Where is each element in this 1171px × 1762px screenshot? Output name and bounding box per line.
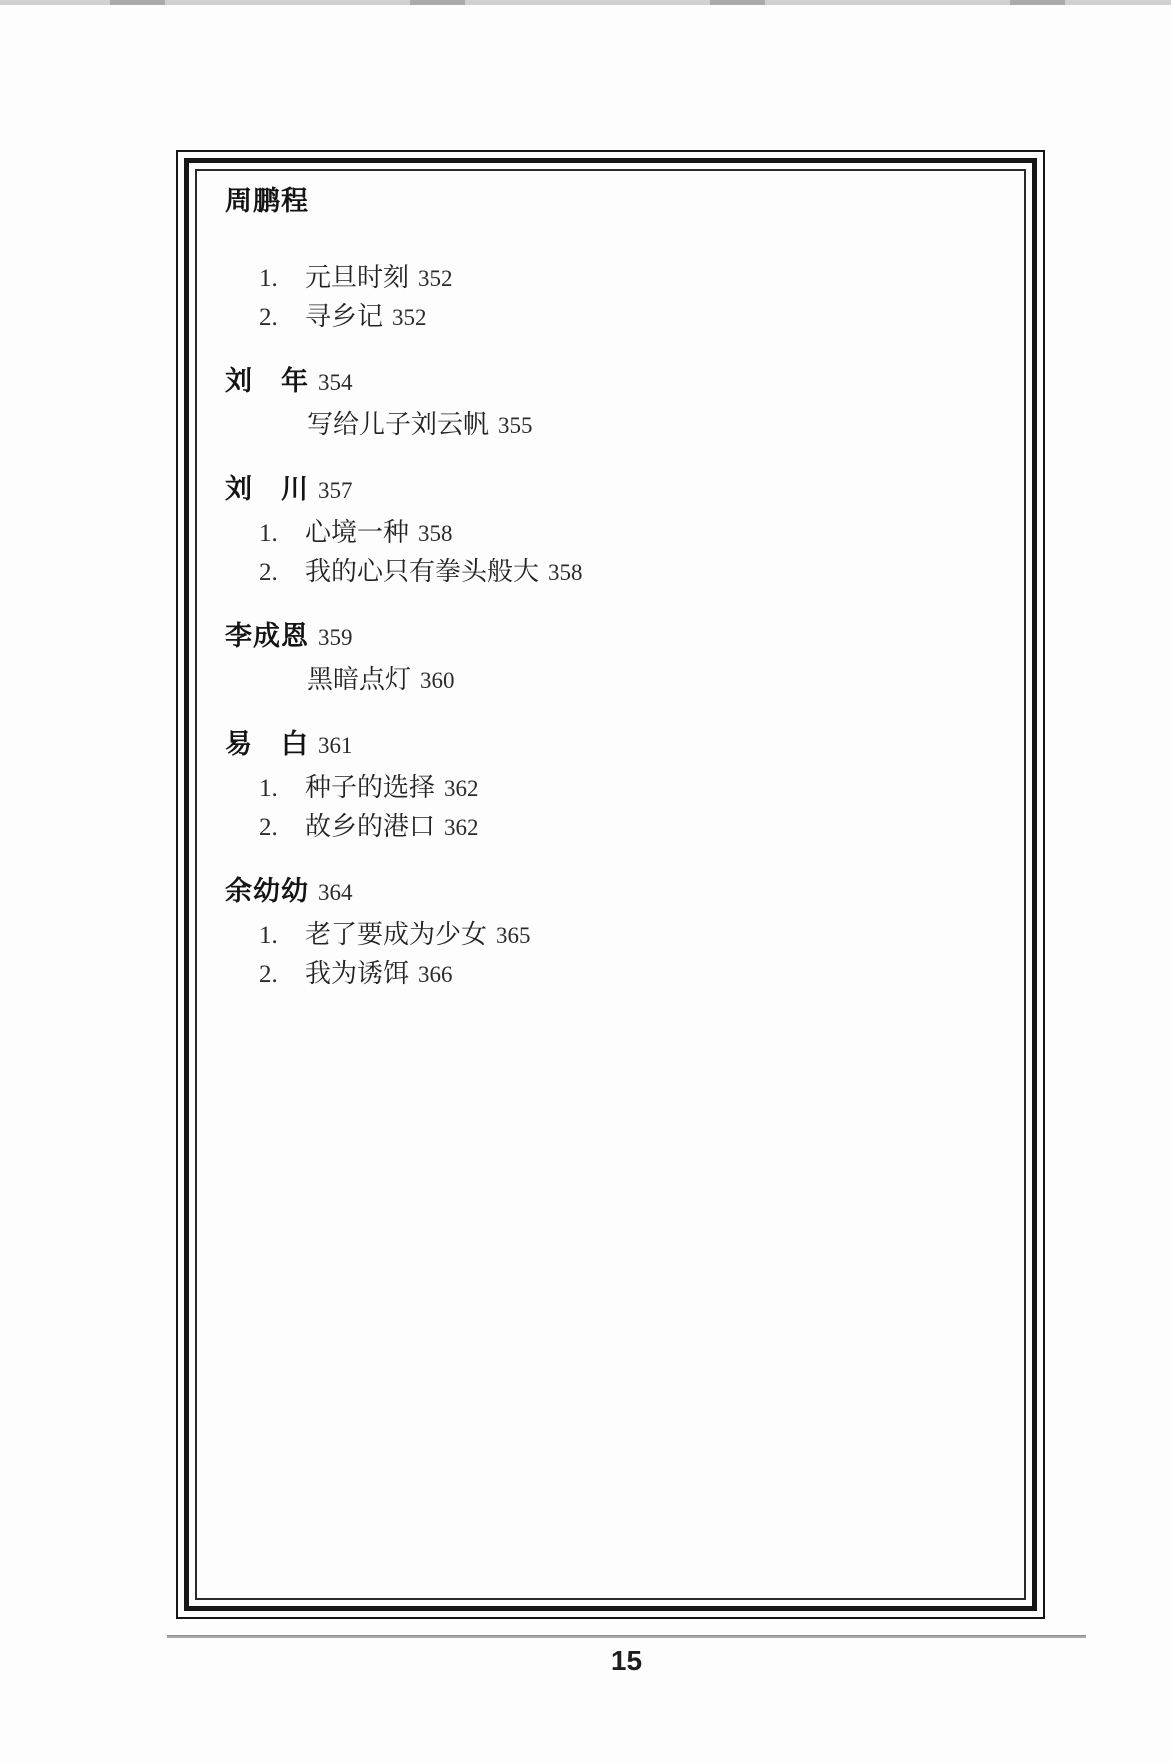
toc-entry: 1.心境一种358 bbox=[225, 514, 1000, 553]
toc-entry: 写给儿子刘云帆355 bbox=[225, 406, 1000, 445]
toc-entry-page-number: 352 bbox=[418, 266, 453, 291]
toc-author-page-number: 357 bbox=[318, 478, 353, 503]
toc-author-page-number: 359 bbox=[318, 625, 353, 650]
toc-author-line: 余幼幼364 bbox=[225, 871, 1000, 916]
toc-author-name: 刘 年 bbox=[225, 366, 309, 396]
toc-group: 余幼幼3641.老了要成为少女3652.我为诱饵366 bbox=[225, 871, 1000, 994]
toc-entry-number: 1. bbox=[259, 770, 305, 808]
toc-group: 李成恩359黑暗点灯360 bbox=[225, 616, 1000, 700]
toc-entry-number: 1. bbox=[259, 260, 305, 298]
toc-entry-title: 心境一种 bbox=[305, 518, 409, 547]
toc-entry-title: 写给儿子刘云帆 bbox=[307, 410, 489, 439]
toc-entry-page-number: 362 bbox=[444, 776, 479, 801]
toc-author-name: 李成恩 bbox=[225, 621, 309, 651]
toc-entry-title: 元旦时刻 bbox=[305, 263, 409, 292]
toc-entry: 2.我的心只有拳头般大358 bbox=[225, 553, 1000, 592]
toc-group: 刘 川3571.心境一种3582.我的心只有拳头般大358 bbox=[225, 469, 1000, 592]
toc-author-name: 刘 川 bbox=[225, 474, 309, 504]
toc-group: 刘 年354写给儿子刘云帆355 bbox=[225, 361, 1000, 445]
toc-entry-page-number: 358 bbox=[548, 560, 583, 585]
toc-entry-page-number: 366 bbox=[418, 962, 453, 987]
toc-author-line: 周鹏程 bbox=[225, 181, 1000, 226]
toc-author-line: 易 白361 bbox=[225, 724, 1000, 769]
toc-group: 易 白3611.种子的选择3622.故乡的港口362 bbox=[225, 724, 1000, 847]
toc-entry-title: 故乡的港口 bbox=[305, 812, 435, 841]
scan-edge-artifact bbox=[0, 0, 1171, 5]
toc-entry: 黑暗点灯360 bbox=[225, 661, 1000, 700]
toc-entry-number: 1. bbox=[259, 515, 305, 553]
toc-entry: 1.种子的选择362 bbox=[225, 769, 1000, 808]
toc-entry: 1.老了要成为少女365 bbox=[225, 916, 1000, 955]
toc-entry-number: 2. bbox=[259, 809, 305, 847]
toc-author-name: 周鹏程 bbox=[225, 186, 309, 216]
toc-author-line: 李成恩359 bbox=[225, 616, 1000, 661]
page-frame-outer: 周鹏程1.元旦时刻3522.寻乡记352刘 年354写给儿子刘云帆355刘 川3… bbox=[176, 150, 1045, 1619]
toc-author-line: 刘 川357 bbox=[225, 469, 1000, 514]
toc-entry-title: 我的心只有拳头般大 bbox=[305, 557, 539, 586]
toc-entry: 2.故乡的港口362 bbox=[225, 808, 1000, 847]
toc-entry-page-number: 358 bbox=[418, 521, 453, 546]
toc-entry-title: 寻乡记 bbox=[305, 302, 383, 331]
toc-group: 周鹏程1.元旦时刻3522.寻乡记352 bbox=[225, 181, 1000, 337]
toc-author-name: 易 白 bbox=[225, 729, 309, 759]
toc-entry-page-number: 360 bbox=[420, 668, 455, 693]
toc-author-page-number: 361 bbox=[318, 733, 353, 758]
toc-entry-page-number: 352 bbox=[392, 305, 427, 330]
toc-author-page-number: 364 bbox=[318, 880, 353, 905]
toc-entry-number: 1. bbox=[259, 917, 305, 955]
toc-entry-page-number: 362 bbox=[444, 815, 479, 840]
page-frame-inner: 周鹏程1.元旦时刻3522.寻乡记352刘 年354写给儿子刘云帆355刘 川3… bbox=[195, 169, 1026, 1600]
toc-entry: 2.寻乡记352 bbox=[225, 298, 1000, 337]
footer-page-number: 15 bbox=[167, 1645, 1086, 1677]
toc-entry-page-number: 355 bbox=[498, 413, 533, 438]
toc-author-name: 余幼幼 bbox=[225, 876, 309, 906]
footer-rule bbox=[167, 1635, 1086, 1638]
toc-entry-number: 2. bbox=[259, 956, 305, 994]
page-frame-middle: 周鹏程1.元旦时刻3522.寻乡记352刘 年354写给儿子刘云帆355刘 川3… bbox=[184, 158, 1037, 1611]
toc-author-line: 刘 年354 bbox=[225, 361, 1000, 406]
toc-groups: 周鹏程1.元旦时刻3522.寻乡记352刘 年354写给儿子刘云帆355刘 川3… bbox=[225, 181, 1000, 994]
toc-entry-title: 老了要成为少女 bbox=[305, 920, 487, 949]
toc-entry-number: 2. bbox=[259, 299, 305, 337]
toc-entry-title: 我为诱饵 bbox=[305, 959, 409, 988]
toc-author-page-number: 354 bbox=[318, 370, 353, 395]
toc-entry: 2.我为诱饵366 bbox=[225, 955, 1000, 994]
toc-entry-page-number: 365 bbox=[496, 923, 531, 948]
toc-entry-number: 2. bbox=[259, 554, 305, 592]
toc-entry: 1.元旦时刻352 bbox=[225, 259, 1000, 298]
toc-entry-title: 种子的选择 bbox=[305, 773, 435, 802]
toc-entry-title: 黑暗点灯 bbox=[307, 665, 411, 694]
